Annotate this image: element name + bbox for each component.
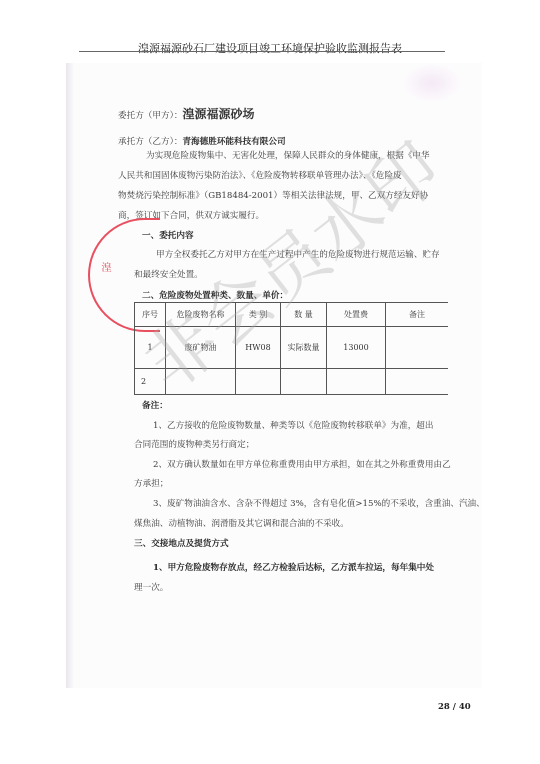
- cell-fee: [327, 369, 386, 395]
- cell-name: 废矿物油: [166, 327, 236, 369]
- header-cell: 危险废物名称: [166, 303, 236, 327]
- party-b-name: 青海德胜环能科技有限公司: [182, 137, 285, 147]
- party-a: 委托方（甲方）：湟源福源砂场: [118, 108, 254, 122]
- table-header-row: 序号 危险废物名称 类 别 数 量 处置费 备注: [135, 303, 449, 327]
- section3-body-2: 理一次。: [134, 582, 168, 594]
- header-cell: 类 别: [236, 303, 281, 327]
- cell-remark: [386, 369, 449, 395]
- cell-quantity: [281, 369, 327, 395]
- page-number: 28 / 40: [438, 702, 471, 712]
- cell-category: [236, 369, 281, 395]
- section3-body-1: 1、甲方危险废物存放点，经乙方检验后达标，乙方派车拉运，每年集中处: [153, 562, 434, 574]
- note-2-line-2: 方承担；: [134, 478, 168, 490]
- waste-table: 序号 危险废物名称 类 别 数 量 处置费 备注 1 废矿物油 HW08 实际数…: [134, 302, 448, 395]
- party-b-label: 承托方（乙方）：: [118, 137, 182, 147]
- header-cell: 数 量: [281, 303, 327, 327]
- cell-remark: [386, 327, 449, 369]
- note-3-line-1: 3、废矿物油油含水、含杂不得超过 3%，含有皂化值>15%的不采收，含重油、汽油…: [153, 498, 485, 510]
- note-1-line-1: 1、乙方接收的危险废物数量、种类等以《危险废物转移联单》为准，超出: [153, 420, 433, 432]
- section2-title: 二、危险废物处置种类、数量、单价：: [142, 290, 288, 302]
- notes-label: 备注：: [142, 400, 168, 412]
- note-2-line-1: 2、双方确认数量如在甲方单位称重费用由甲方承担，如在其之外称重费用由乙: [153, 459, 451, 471]
- cell-name: [166, 369, 236, 395]
- header-cell: 备注: [386, 303, 449, 327]
- section3-title: 三、交接地点及提货方式: [134, 538, 229, 550]
- cell-quantity: 实际数量: [281, 327, 327, 369]
- cell-seq: 2: [135, 369, 166, 395]
- header-rule: [79, 51, 445, 52]
- page-header-title: 湟源福源砂石厂建设项目竣工环境保护验收监测报告表: [0, 40, 540, 56]
- cell-seq: 1: [135, 327, 166, 369]
- intro-line-2: 人民共和国固体废物污染防治法》、《危险废物转移联单管理办法》、《危险废: [118, 170, 402, 182]
- stamp-char: 湟: [97, 262, 112, 272]
- table-row: 2: [135, 369, 449, 395]
- note-3-line-2: 煤焦油、动植物油、润滑脂及其它调和混合油的不采收。: [134, 518, 349, 530]
- section1-body-1: 甲方全权委托乙方对甲方在生产过程中产生的危险废物进行规范运输、贮存: [156, 249, 440, 261]
- cell-fee: 13000: [327, 327, 386, 369]
- scan-shadow: [66, 63, 74, 688]
- header-cell: 序号: [135, 303, 166, 327]
- party-a-label: 委托方（甲方）：: [118, 111, 182, 121]
- table-row: 1 废矿物油 HW08 实际数量 13000: [135, 327, 449, 369]
- party-a-name: 湟源福源砂场: [182, 107, 254, 121]
- note-1-line-2: 合同范围的废物种类另行商定；: [134, 439, 254, 451]
- cell-category: HW08: [236, 327, 281, 369]
- intro-line-1: 为实现危险废物集中、无害化处理，保障人民群众的身体健康，根据《中华: [146, 150, 430, 162]
- header-cell: 处置费: [327, 303, 386, 327]
- party-b: 承托方（乙方）：青海德胜环能科技有限公司: [118, 136, 286, 148]
- scan-tint: [402, 63, 462, 103]
- intro-line-3: 物焚烧污染控制标准》（GB18484-2001）等相关法律法规，甲、乙双方经友好…: [118, 190, 428, 202]
